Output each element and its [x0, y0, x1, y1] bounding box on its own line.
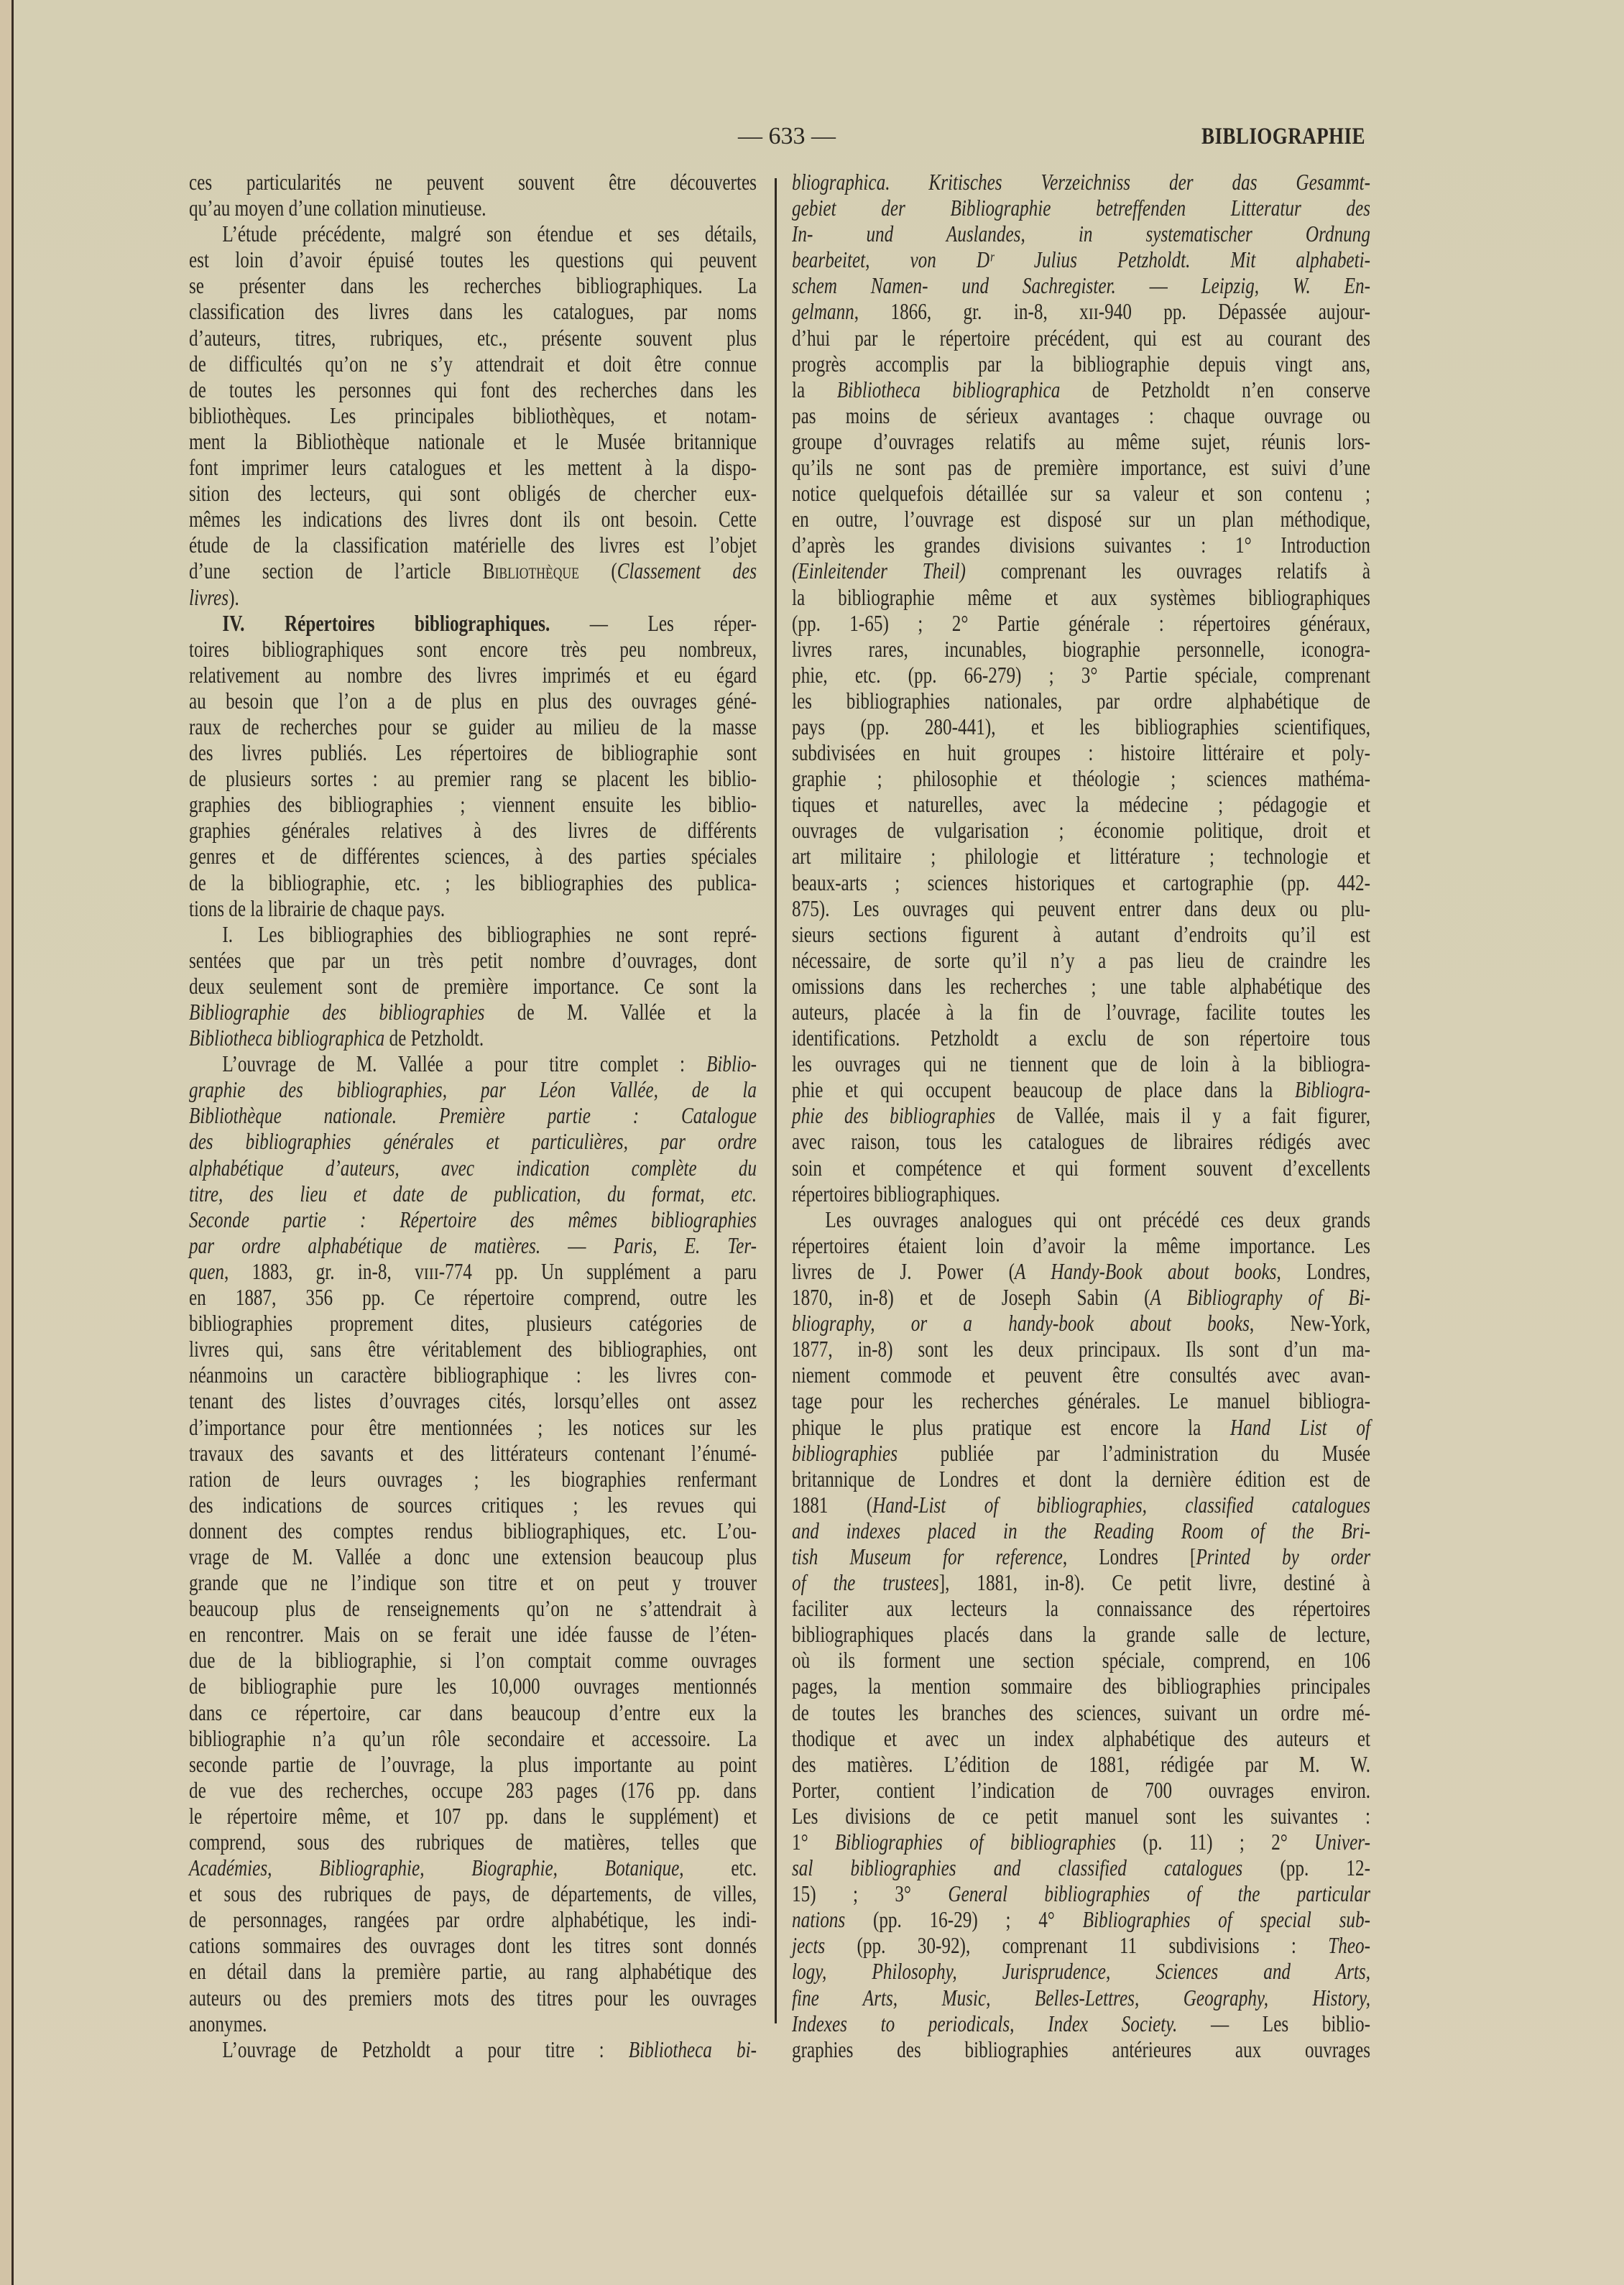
italic-run: nations: [792, 1907, 845, 1932]
italic-run: schem Namen- und Sachregister.: [792, 273, 1116, 298]
text-line: and indexes placed in the Reading Room o…: [792, 1518, 1370, 1544]
text-line: de plusieurs sortes : au premier rang se…: [189, 766, 757, 792]
italic-run: Bibliotheca bibliographica: [837, 377, 1061, 402]
roman-run: pas moins de sérieux avantages : chaque …: [792, 403, 1370, 428]
roman-run: , Londres,: [1276, 1259, 1370, 1284]
text-line: art militaire ; philologie et littératur…: [792, 844, 1370, 869]
italic-run: Bibliographies of bibliographies: [835, 1829, 1116, 1855]
text-line: phie et qui occupent beaucoup de place d…: [792, 1077, 1370, 1103]
text-line: sal bibliographies and classified catalo…: [792, 1855, 1370, 1881]
italic-run: gebiet der Bibliographie betreffenden Li…: [792, 195, 1370, 221]
text-line: groupe d’ouvrages relatifs au même sujet…: [792, 429, 1370, 455]
roman-run: de Petzholdt.: [384, 1025, 484, 1051]
text-line: la bibliographie même et aux systèmes bi…: [792, 585, 1370, 611]
roman-run: L’étude précédente, malgré son étendue e…: [222, 221, 757, 246]
roman-run: ], 1881, in-8). Ce petit livre, destiné …: [939, 1570, 1370, 1595]
roman-run: les bibliographies nationales, par ordre…: [792, 688, 1370, 714]
text-line: travaux des savants et des littérateurs …: [189, 1441, 757, 1467]
text-line: classification des livres dans les catal…: [189, 299, 757, 325]
text-line: subdivisées en huit groupes : histoire l…: [792, 740, 1370, 766]
roman-run: (pp. 30-92), comprenant 11 subdivisions …: [825, 1933, 1328, 1958]
roman-run: pages, la mention sommaire des bibliogra…: [792, 1674, 1370, 1699]
italic-run: des bibliographies générales et particul…: [189, 1129, 757, 1154]
text-line: due de la bibliographie, si l’on comptai…: [189, 1648, 757, 1674]
text-line: se présenter dans les recherches bibliog…: [189, 273, 757, 299]
text-line: livres).: [189, 585, 757, 611]
italic-run: Indexes to periodicals, Index Society.: [792, 2011, 1177, 2036]
roman-run: de difficultés qu’on ne s’y attendrait e…: [189, 351, 757, 377]
roman-run: tiques et naturelles, avec la médecine ;…: [792, 792, 1370, 817]
text-line: où ils forment une section spéciale, com…: [792, 1648, 1370, 1674]
roman-run: niement commode et peuvent être consulté…: [792, 1362, 1370, 1388]
text-line: ouvrages de vulgarisation ; économie pol…: [792, 818, 1370, 844]
roman-run: graphies des bibliographies ; viennent e…: [189, 792, 757, 817]
roman-run: (: [579, 558, 617, 583]
text-line: livres qui, sans être véritablement des …: [189, 1337, 757, 1362]
roman-run: I. Les bibliographies des bibliographies…: [222, 922, 757, 947]
text-line: of the trustees], 1881, in-8). Ce petit …: [792, 1570, 1370, 1596]
text-line: graphie ; philosophie et théologie ; sci…: [792, 766, 1370, 792]
roman-run: (pp. 1-65) ; 2° Partie générale : répert…: [792, 611, 1370, 636]
roman-run: néanmoins un caractère bibliographique :…: [189, 1362, 757, 1388]
text-line: deux seulement sont de première importan…: [189, 974, 757, 1000]
text-line: cations sommaires des ouvrages dont les …: [189, 1933, 757, 1959]
roman-run: 1881 (: [792, 1492, 872, 1518]
roman-run: se présenter dans les recherches bibliog…: [189, 273, 757, 298]
text-line: beaucoup plus de renseignements qu’on ne…: [189, 1596, 757, 1622]
text-line: toires bibliographiques sont encore très…: [189, 637, 757, 663]
text-line: Porter, contient l’indication de 700 ouv…: [792, 1778, 1370, 1804]
italic-run: Seconde partie : Répertoire des mêmes bi…: [189, 1207, 757, 1232]
document-page: — 633 — BIBLIOGRAPHIE ces particularités…: [0, 0, 1624, 2285]
italic-run: phie des bibliographies: [792, 1103, 995, 1128]
running-title: BIBLIOGRAPHIE: [1201, 121, 1365, 152]
text-line: phie, etc. (pp. 66-279) ; 3° Partie spéc…: [792, 663, 1370, 688]
italic-run: Leipzig, W. En-: [1201, 273, 1370, 298]
left-column: ces particularités ne peuvent souvent êt…: [189, 170, 757, 2063]
text-line: In- und Auslandes, in systematischer Ord…: [792, 221, 1370, 247]
roman-run: d’auteurs, titres, rubriques, etc., prés…: [189, 326, 757, 351]
roman-run: raux de recherches pour se guider au mil…: [189, 714, 757, 739]
roman-run: d’après les grandes divisions suivantes …: [792, 532, 1370, 558]
small-caps-run: Bibliothèque: [483, 558, 579, 583]
text-line: gebiet der Bibliographie betreffenden Li…: [792, 195, 1370, 221]
roman-run: en 1887, 356 pp. Ce répertoire comprend,…: [189, 1285, 757, 1310]
text-line: quen, 1883, gr. in-8, ᴠɪɪɪ-774 pp. Un su…: [189, 1259, 757, 1285]
text-line: d’importance pour être mentionnées ; les…: [189, 1415, 757, 1441]
text-line: bibliothèques. Les principales bibliothè…: [189, 403, 757, 429]
text-line: répertoires étaient loin d’avoir la même…: [792, 1233, 1370, 1259]
roman-run: due de la bibliographie, si l’on comptai…: [189, 1648, 757, 1673]
roman-run: comprenant les ouvrages relatifs à: [966, 558, 1370, 583]
roman-run: qu’ils ne sont pas de première importanc…: [792, 455, 1370, 480]
text-line: des livres publiés. Les répertoires de b…: [189, 740, 757, 766]
roman-run: groupe d’ouvrages relatifs au même sujet…: [792, 429, 1370, 454]
roman-run: qu’au moyen d’une collation minutieuse.: [189, 195, 486, 221]
roman-run: d’une section de l’article: [189, 558, 483, 583]
italic-run: par ordre alphabétique de matières.: [189, 1233, 540, 1258]
roman-run: omissions dans les recherches ; une tabl…: [792, 974, 1370, 999]
italic-run: bearbeitet, von Dʳ Julius Petzholdt. Mit…: [792, 247, 1370, 272]
roman-run: soin et compétence et qui forment souven…: [792, 1155, 1370, 1181]
text-line: relativement au nombre des livres imprim…: [189, 663, 757, 688]
text-line: au besoin que l’on a de plus en plus des…: [189, 688, 757, 714]
text-line: (Einleitender Theil) comprenant les ouvr…: [792, 558, 1370, 584]
text-line: le répertoire même, et 107 pp. dans le s…: [189, 1804, 757, 1829]
text-line: avec raison, tous les catalogues de libr…: [792, 1129, 1370, 1155]
roman-run: britannique de Londres et dont la derniè…: [792, 1467, 1370, 1492]
italic-run: jects: [792, 1933, 825, 1958]
italic-run: Paris, E. Ter-: [614, 1233, 757, 1258]
roman-run: , 1866, gr. in-8, xɪɪ-940 pp. Dépassée a…: [854, 299, 1370, 324]
text-line: beaux-arts ; sciences historiques et car…: [792, 870, 1370, 896]
text-line: graphies des bibliographies ; viennent e…: [189, 792, 757, 818]
italic-run: Univer-: [1314, 1829, 1370, 1855]
roman-run: Porter, contient l’indication de 700 ouv…: [792, 1778, 1370, 1803]
roman-run: , New-York,: [1250, 1311, 1370, 1336]
roman-run: auteurs, placée à la fin de l’ouvrage, f…: [792, 1000, 1370, 1025]
text-line: soin et compétence et qui forment souven…: [792, 1155, 1370, 1181]
text-line: 1881 (Hand-List of bibliographies, class…: [792, 1492, 1370, 1518]
roman-run: 15) ; 3°: [792, 1881, 948, 1906]
roman-run: donnent des comptes rendus bibliographiq…: [189, 1518, 757, 1543]
text-line: ces particularités ne peuvent souvent êt…: [189, 170, 757, 195]
column-divider: [775, 178, 777, 2023]
text-line: I. Les bibliographies des bibliographies…: [189, 922, 757, 948]
text-line: qu’ils ne sont pas de première importanc…: [792, 455, 1370, 481]
roman-run: livres qui, sans être véritablement des …: [189, 1337, 757, 1362]
text-line: font imprimer leurs catalogues et les me…: [189, 455, 757, 481]
roman-run: bibliothèques. Les principales bibliothè…: [189, 403, 757, 428]
italic-run: gelmann: [792, 299, 854, 324]
roman-run: relativement au nombre des livres imprim…: [189, 663, 757, 688]
roman-run: anonymes.: [189, 2011, 267, 2036]
roman-run: 875). Les ouvrages qui peuvent entrer da…: [792, 896, 1370, 921]
italic-run: In- und Auslandes, in systematischer Ord…: [792, 221, 1370, 246]
text-line: tiques et naturelles, avec la médecine ;…: [792, 792, 1370, 818]
text-line: qu’au moyen d’une collation minutieuse.: [189, 195, 757, 221]
text-line: titre, des lieu et date de publication, …: [189, 1181, 757, 1207]
italic-run: quen: [189, 1259, 224, 1284]
text-line: 875). Les ouvrages qui peuvent entrer da…: [792, 896, 1370, 922]
text-line: de difficultés qu’on ne s’y attendrait e…: [189, 351, 757, 377]
text-line: progrès accomplis par la bibliographie d…: [792, 351, 1370, 377]
roman-run: des indications de sources critiques ; l…: [189, 1492, 757, 1518]
text-line: tenant des listes d’ouvrages cités, lors…: [189, 1388, 757, 1414]
text-line: Bibliographie des bibliographies de M. V…: [189, 1000, 757, 1025]
roman-run: de M. Vallée et la: [484, 1000, 757, 1025]
italic-run: and indexes placed in the Reading Room o…: [792, 1518, 1370, 1543]
text-line: pages, la mention sommaire des bibliogra…: [792, 1674, 1370, 1699]
roman-run: — Les biblio-: [1177, 2011, 1370, 2036]
text-line: auteurs, placée à la fin de l’ouvrage, f…: [792, 1000, 1370, 1025]
text-line: bibliographie n’a qu’un rôle secondaire …: [189, 1726, 757, 1752]
text-line: de toutes les branches des sciences, sui…: [792, 1700, 1370, 1726]
italic-run: bliography, or a handy-book about books: [792, 1311, 1250, 1336]
roman-run: nécessaire, de sorte qu’il n’y a pas lie…: [792, 948, 1370, 973]
text-line: phie des bibliographies de Vallée, mais …: [792, 1103, 1370, 1129]
text-line: mêmes les indications des livres dont il…: [189, 507, 757, 532]
text-line: néanmoins un caractère bibliographique :…: [189, 1362, 757, 1388]
roman-run: publiée par l’administration du Musée: [898, 1441, 1370, 1466]
page-number: — 633 —: [722, 121, 852, 152]
text-line: sentées que par un très petit nombre d’o…: [189, 948, 757, 974]
text-line: graphie des bibliographies, par Léon Val…: [189, 1077, 757, 1103]
text-line: vrage de M. Vallée a donc une extension …: [189, 1544, 757, 1570]
roman-run: ces particularités ne peuvent souvent êt…: [189, 170, 757, 195]
text-line: en outre, l’ouvrage est disposé sur un p…: [792, 507, 1370, 532]
text-line: (pp. 1-65) ; 2° Partie générale : répert…: [792, 611, 1370, 637]
text-line: Les divisions de ce petit manuel sont le…: [792, 1804, 1370, 1829]
page-edge: [0, 0, 11, 2285]
text-line: donnent des comptes rendus bibliographiq…: [189, 1518, 757, 1544]
text-line: identifications. Petzholdt a exclu de so…: [792, 1025, 1370, 1051]
roman-run: ration de leurs ouvrages ; les biographi…: [189, 1467, 757, 1492]
text-line: tage pour les recherches générales. Le m…: [792, 1388, 1370, 1414]
text-line: sition des lecteurs, qui sont obligés de…: [189, 481, 757, 507]
roman-run: Les divisions de ce petit manuel sont le…: [792, 1804, 1370, 1829]
text-line: pays (pp. 280-441), et les bibliographie…: [792, 714, 1370, 740]
roman-run: sentées que par un très petit nombre d’o…: [189, 948, 757, 973]
roman-run: le répertoire même, et 107 pp. dans le s…: [189, 1804, 757, 1829]
right-column: bliographica. Kritisches Verzeichniss de…: [792, 170, 1370, 2063]
roman-run: de personnages, rangées par ordre alphab…: [189, 1907, 757, 1932]
text-line: 15) ; 3° General bibliographies of the p…: [792, 1881, 1370, 1907]
roman-run: thodique et avec un index alphabétique d…: [792, 1726, 1370, 1751]
text-line: bearbeitet, von Dʳ Julius Petzholdt. Mit…: [792, 247, 1370, 273]
text-line: graphies générales relatives à des livre…: [189, 818, 757, 844]
text-line: seconde partie de l’ouvrage, la plus imp…: [189, 1752, 757, 1778]
roman-run: font imprimer leurs catalogues et les me…: [189, 455, 757, 480]
roman-run: seconde partie de l’ouvrage, la plus imp…: [189, 1752, 757, 1777]
text-line: d’après les grandes divisions suivantes …: [792, 532, 1370, 558]
text-line: nations (pp. 16-29) ; 4° Bibliographies …: [792, 1907, 1370, 1933]
roman-run: la: [792, 377, 837, 402]
roman-run: d’importance pour être mentionnées ; les…: [189, 1415, 757, 1440]
text-line: est loin d’avoir épuisé toutes les quest…: [189, 247, 757, 273]
italic-run: logy, Philosophy, Jurisprudence, Science…: [792, 1959, 1370, 1984]
text-line: étude de la classification matérielle de…: [189, 532, 757, 558]
text-line: la Bibliotheca bibliographica de Petzhol…: [792, 377, 1370, 403]
roman-run: classification des livres dans les catal…: [189, 299, 757, 324]
italic-run: (Einleitender Theil): [792, 558, 966, 583]
binding-line: [11, 0, 14, 2285]
roman-run: de Petzholdt n’en conserve: [1060, 377, 1370, 402]
roman-run: répertoires bibliographiques.: [792, 1181, 1000, 1206]
text-line: gelmann, 1866, gr. in-8, xɪɪ-940 pp. Dép…: [792, 299, 1370, 325]
italic-run: A Bibliography of Bi-: [1150, 1285, 1370, 1310]
text-line: bibliographiques placés dans la grande s…: [792, 1622, 1370, 1648]
text-line: Indexes to periodicals, Index Society. —…: [792, 2011, 1370, 2037]
italic-run: bliographica. Kritisches Verzeichniss de…: [792, 170, 1370, 195]
text-line: 1° Bibliographies of bibliographies (p. …: [792, 1829, 1370, 1855]
text-line: de la bibliographie, etc. ; les bibliogr…: [189, 870, 757, 896]
italic-run: alphabétique d’auteurs, avec indication …: [189, 1155, 757, 1181]
roman-run: au besoin que l’on a de plus en plus des…: [189, 688, 757, 714]
text-line: livres de J. Power (A Handy-Book about b…: [792, 1259, 1370, 1285]
italic-run: tish Museum for reference: [792, 1544, 1063, 1569]
italic-run: Hand List of: [1230, 1415, 1370, 1440]
text-line: de personnages, rangées par ordre alphab…: [189, 1907, 757, 1933]
roman-run: dans ce répertoire, car dans beaucoup d’…: [189, 1700, 757, 1725]
roman-run: graphies générales relatives à des livre…: [189, 818, 757, 843]
roman-run: notice quelquefois détaillée sur sa vale…: [792, 481, 1370, 506]
roman-run: comprend, sous des rubriques de matières…: [189, 1829, 757, 1855]
roman-run: étude de la classification matérielle de…: [189, 532, 757, 558]
roman-run: en rencontrer. Mais on se ferait une idé…: [189, 1622, 757, 1647]
roman-run: genres et de différentes sciences, à des…: [189, 844, 757, 869]
roman-run: graphie ; philosophie et théologie ; sci…: [792, 766, 1370, 791]
text-line: anonymes.: [189, 2011, 757, 2037]
text-line: niement commode et peuvent être consulté…: [792, 1362, 1370, 1388]
roman-run: vrage de M. Vallée a donc une extension …: [189, 1544, 757, 1569]
roman-run: graphies des bibliographies antérieures …: [792, 2037, 1370, 2062]
text-line: par ordre alphabétique de matières. — Pa…: [189, 1233, 757, 1259]
roman-run: en outre, l’ouvrage est disposé sur un p…: [792, 507, 1370, 532]
roman-run: d’hui par le répertoire précédent, qui e…: [792, 326, 1370, 351]
text-line: en rencontrer. Mais on se ferait une idé…: [189, 1622, 757, 1648]
text-line: répertoires bibliographiques.: [792, 1181, 1370, 1207]
text-line: bliographica. Kritisches Verzeichniss de…: [792, 170, 1370, 195]
text-line: IV. Répertoires bibliographiques. — Les …: [189, 611, 757, 637]
roman-run: sieurs sections figurent à autant d’endr…: [792, 922, 1370, 947]
italic-run: fine Arts, Music, Belles-Lettres, Geogra…: [792, 1985, 1370, 2011]
roman-run: sition des lecteurs, qui sont obligés de…: [189, 481, 757, 506]
roman-run: mêmes les indications des livres dont il…: [189, 507, 757, 532]
roman-run: est loin d’avoir épuisé toutes les quest…: [189, 247, 757, 272]
text-line: Seconde partie : Répertoire des mêmes bi…: [189, 1207, 757, 1233]
text-line: des matières. L’édition de 1881, rédigée…: [792, 1752, 1370, 1778]
text-line: en détail dans la première partie, au ra…: [189, 1959, 757, 1985]
roman-run: livres rares, incunables, biographie per…: [792, 637, 1370, 662]
roman-run: beaucoup plus de renseignements qu’on ne…: [189, 1596, 757, 1621]
roman-run: — Les réper-: [550, 611, 757, 636]
roman-run: 1870, in-8) et de Joseph Sabin (: [792, 1285, 1150, 1310]
italic-run: Biblio-: [706, 1051, 757, 1076]
roman-run: 1°: [792, 1829, 835, 1855]
text-line: 1870, in-8) et de Joseph Sabin (A Biblio…: [792, 1285, 1370, 1311]
roman-run: de toutes les branches des sciences, sui…: [792, 1700, 1370, 1725]
text-line: de vue des recherches, occupe 283 pages …: [189, 1778, 757, 1804]
italic-run: General bibliographies of the particular: [948, 1881, 1370, 1906]
roman-run: (pp. 12-: [1242, 1855, 1370, 1880]
text-line: 1877, in-8) sont les deux principaux. Il…: [792, 1337, 1370, 1362]
text-line: omissions dans les recherches ; une tabl…: [792, 974, 1370, 1000]
italic-run: Bibliographie des bibliographies: [189, 1000, 484, 1025]
roman-run: répertoires étaient loin d’avoir la même…: [792, 1233, 1370, 1258]
italic-run: Classement des: [617, 558, 757, 583]
roman-run: la bibliographie même et aux systèmes bi…: [792, 585, 1370, 610]
italic-run: Theo-: [1328, 1933, 1370, 1958]
text-line: et sous des rubriques de pays, de départ…: [189, 1881, 757, 1907]
roman-run: bibliographiques placés dans la grande s…: [792, 1622, 1370, 1647]
italic-run: Bibliotheca bibliographica: [189, 1025, 384, 1051]
text-line: graphies des bibliographies antérieures …: [792, 2037, 1370, 2063]
roman-run: beaux-arts ; sciences historiques et car…: [792, 870, 1370, 895]
italic-run: A Handy-Book about books: [1015, 1259, 1276, 1284]
roman-run: auteurs ou des premiers mots des titres …: [189, 1985, 757, 2011]
roman-run: Les ouvrages analogues qui ont précédé c…: [825, 1207, 1370, 1232]
bold-run: IV. Répertoires bibliographiques.: [222, 611, 550, 636]
roman-run: de vue des recherches, occupe 283 pages …: [189, 1778, 757, 1803]
italic-run: livres: [189, 585, 229, 610]
roman-run: (pp. 16-29) ; 4°: [845, 1907, 1082, 1932]
text-line: Académies, Bibliographie, Biographie, Bo…: [189, 1855, 757, 1881]
text-line: tions de la librairie de chaque pays.: [189, 896, 757, 922]
roman-run: L’ouvrage de M. Vallée a pour titre comp…: [222, 1051, 706, 1076]
roman-run: pays (pp. 280-441), et les bibliographie…: [792, 714, 1370, 739]
roman-run: progrès accomplis par la bibliographie d…: [792, 351, 1370, 377]
text-line: schem Namen- und Sachregister. — Leipzig…: [792, 273, 1370, 299]
text-line: pas moins de sérieux avantages : chaque …: [792, 403, 1370, 429]
text-line: livres rares, incunables, biographie per…: [792, 637, 1370, 663]
italic-run: Hand-List of bibliographies, classified …: [872, 1492, 1370, 1518]
italic-run: bibliographies: [792, 1441, 898, 1466]
italic-run: graphie des bibliographies, par Léon Val…: [189, 1077, 757, 1102]
text-line: bibliographies proprement dites, plusieu…: [189, 1311, 757, 1337]
roman-run: —: [1116, 273, 1201, 298]
text-line: grande que ne l’indique son titre et on …: [189, 1570, 757, 1596]
roman-run: en détail dans la première partie, au ra…: [189, 1959, 757, 1984]
roman-run: et sous des rubriques de pays, de départ…: [189, 1881, 757, 1906]
italic-run: Bibliotheca bi-: [629, 2037, 757, 2062]
roman-run: des livres publiés. Les répertoires de b…: [189, 740, 757, 765]
text-line: des indications de sources critiques ; l…: [189, 1492, 757, 1518]
text-line: faciliter aux lecteurs la connaissance d…: [792, 1596, 1370, 1622]
text-line: des bibliographies générales et particul…: [189, 1129, 757, 1155]
italic-run: Bibliogra-: [1295, 1077, 1370, 1102]
roman-run: L’ouvrage de Petzholdt a pour titre :: [222, 2037, 628, 2062]
text-line: sieurs sections figurent à autant d’endr…: [792, 922, 1370, 948]
roman-run: toires bibliographiques sont encore très…: [189, 637, 757, 662]
roman-run: grande que ne l’indique son titre et on …: [189, 1570, 757, 1595]
roman-run: (p. 11) ; 2°: [1116, 1829, 1314, 1855]
text-line: L’étude précédente, malgré son étendue e…: [189, 221, 757, 247]
text-line: en 1887, 356 pp. Ce répertoire comprend,…: [189, 1285, 757, 1311]
roman-run: identifications. Petzholdt a exclu de so…: [792, 1025, 1370, 1051]
text-line: les ouvrages qui ne tiennent que de loin…: [792, 1051, 1370, 1077]
text-line: L’ouvrage de Petzholdt a pour titre : Bi…: [189, 2037, 757, 2063]
roman-run: subdivisées en huit groupes : histoire l…: [792, 740, 1370, 765]
text-line: d’hui par le répertoire précédent, qui e…: [792, 326, 1370, 351]
text-line: d’auteurs, titres, rubriques, etc., prés…: [189, 326, 757, 351]
roman-run: de la bibliographie, etc. ; les bibliogr…: [189, 870, 757, 895]
roman-run: de Vallée, mais il y a fait figurer,: [995, 1103, 1370, 1128]
roman-run: ).: [229, 585, 239, 610]
roman-run: livres de J. Power (: [792, 1259, 1015, 1284]
roman-run: art militaire ; philologie et littératur…: [792, 844, 1370, 869]
text-line: nécessaire, de sorte qu’il n’y a pas lie…: [792, 948, 1370, 974]
roman-run: tions de la librairie de chaque pays.: [189, 896, 445, 921]
text-line: dans ce répertoire, car dans beaucoup d’…: [189, 1700, 757, 1726]
roman-run: de plusieurs sortes : au premier rang se…: [189, 766, 757, 791]
italic-run: Bibliographies of special sub-: [1083, 1907, 1370, 1932]
text-line: notice quelquefois détaillée sur sa vale…: [792, 481, 1370, 507]
roman-run: phique le plus pratique est encore la: [792, 1415, 1230, 1440]
roman-run: ouvrages de vulgarisation ; économie pol…: [792, 818, 1370, 843]
italic-run: Académies, Bibliographie, Biographie, Bo…: [189, 1855, 679, 1880]
text-line: ration de leurs ouvrages ; les biographi…: [189, 1467, 757, 1492]
text-line: raux de recherches pour se guider au mil…: [189, 714, 757, 740]
text-line: britannique de Londres et dont la derniè…: [792, 1467, 1370, 1492]
roman-run: —: [540, 1233, 613, 1258]
roman-run: 1877, in-8) sont les deux principaux. Il…: [792, 1337, 1370, 1362]
roman-run: phie et qui occupent beaucoup de place d…: [792, 1077, 1295, 1102]
text-line: fine Arts, Music, Belles-Lettres, Geogra…: [792, 1985, 1370, 2011]
italic-run: Bibliothèque nationale. Première partie …: [189, 1103, 757, 1128]
roman-run: bibliographies proprement dites, plusieu…: [189, 1311, 757, 1336]
text-line: jects (pp. 30-92), comprenant 11 subdivi…: [792, 1933, 1370, 1959]
